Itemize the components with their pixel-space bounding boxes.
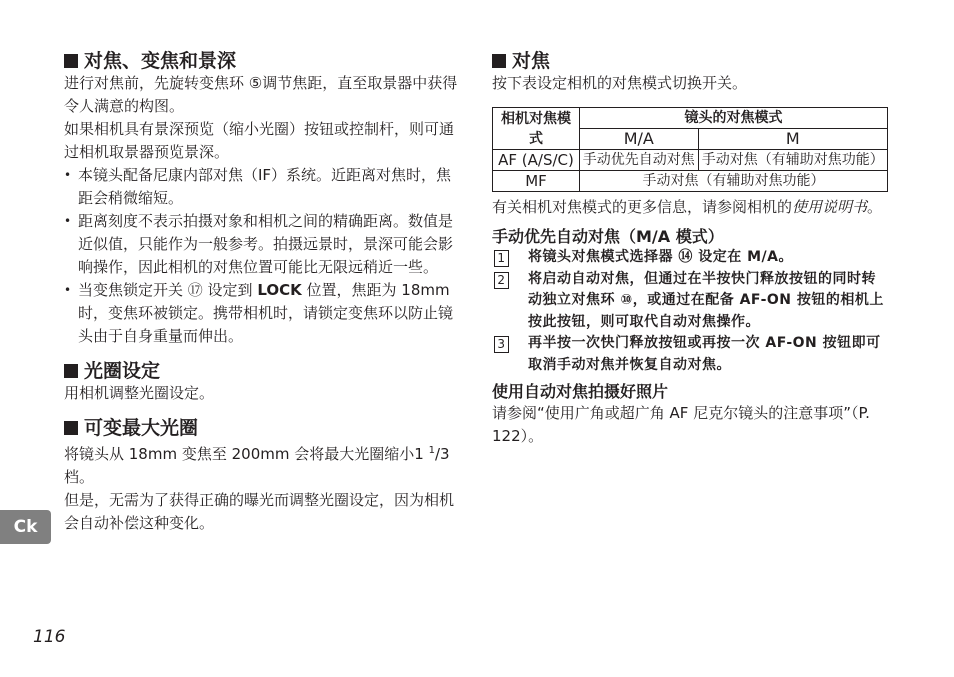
square-bullet-icon — [492, 54, 506, 68]
language-tab: Ck — [0, 510, 51, 544]
bullet-item: 本镜头配备尼康内部对焦（IF）系统。近距离对焦时，焦距会稍微缩短。 — [64, 164, 464, 210]
right-column: 对焦 按下表设定相机的对焦模式切换开关。 相机对焦模式 镜头的对焦模式 M/A … — [492, 50, 890, 448]
table-header: 镜头的对焦模式 — [580, 108, 888, 129]
paragraph: 但是，无需为了获得正确的曝光而调整光圈设定，因为相机会自动补偿这种变化。 — [64, 489, 464, 535]
step-number: 2 — [494, 272, 509, 289]
table-subheader: M — [698, 129, 887, 150]
section-title-variable-aperture: 可变最大光圈 — [64, 417, 464, 439]
table-row: MF 手动对焦（有辅助对焦功能） — [493, 171, 888, 192]
square-bullet-icon — [64, 421, 78, 435]
paragraph: 有关相机对焦模式的更多信息，请参阅相机的使用说明书。 — [492, 196, 890, 219]
paragraph: 将镜头从 18mm 变焦至 200mm 会将最大光圈缩小1 1/3档。 — [64, 439, 464, 489]
bullet-item: 当变焦锁定开关 ⑰ 设定到 LOCK 位置，焦距为 18mm 时，变焦环被锁定。… — [64, 279, 464, 348]
step-list: 1将镜头对焦模式选择器 ⑭ 设定在 M/A。 2将启动自动对焦，但通过在半按快门… — [492, 247, 890, 376]
step-item: 3再半按一次快门释放按钮或再按一次 AF-ON 按钮即可取消手动对焦并恢复自动对… — [492, 333, 890, 376]
focus-mode-table: 相机对焦模式 镜头的对焦模式 M/A M AF (A/S/C) 手动优先自动对焦… — [492, 107, 888, 192]
manual-reference: 使用说明书 — [792, 198, 867, 216]
paragraph: 请参阅“使用广角或超广角 AF 尼克尔镜头的注意事项”（P. 122）。 — [492, 402, 890, 448]
section-title-aperture: 光圈设定 — [64, 360, 464, 382]
step-number: 3 — [494, 336, 509, 353]
step-item: 2将启动自动对焦，但通过在半按快门释放按钮的同时转动独立对焦环 ⑩，或通过在配备… — [492, 269, 890, 334]
table-cell: 手动优先自动对焦 — [580, 150, 699, 171]
step-number: 1 — [494, 250, 509, 267]
section-title-focus-zoom: 对焦、变焦和景深 — [64, 50, 464, 72]
table-row: AF (A/S/C) 手动优先自动对焦 手动对焦（有辅助对焦功能） — [493, 150, 888, 171]
subsection-title-af-tips: 使用自动对焦拍摄好照片 — [492, 382, 890, 402]
table-cell: 手动对焦（有辅助对焦功能） — [698, 150, 887, 171]
bullet-item: 距离刻度不表示拍摄对象和相机之间的精确距离。数值是近似值，只能作为一般参考。拍摄… — [64, 210, 464, 279]
table-cell: 手动对焦（有辅助对焦功能） — [580, 171, 888, 192]
table-cell: AF (A/S/C) — [493, 150, 580, 171]
table-header: 相机对焦模式 — [493, 108, 580, 150]
subsection-title-ma-mode: 手动优先自动对焦（M/A 模式） — [492, 227, 890, 247]
paragraph: 进行对焦前，先旋转变焦环 ⑤调节焦距，直至取景器中获得令人满意的构图。 — [64, 72, 464, 118]
section-title-focus: 对焦 — [492, 50, 890, 72]
square-bullet-icon — [64, 54, 78, 68]
left-column: 对焦、变焦和景深 进行对焦前，先旋转变焦环 ⑤调节焦距，直至取景器中获得令人满意… — [64, 50, 464, 535]
step-item: 1将镜头对焦模式选择器 ⑭ 设定在 M/A。 — [492, 247, 890, 269]
paragraph: 如果相机具有景深预览（缩小光圈）按钮或控制杆，则可通过相机取景器预览景深。 — [64, 118, 464, 164]
table-subheader: M/A — [580, 129, 699, 150]
table-cell: MF — [493, 171, 580, 192]
paragraph: 用相机调整光圈设定。 — [64, 382, 464, 405]
paragraph: 按下表设定相机的对焦模式切换开关。 — [492, 72, 890, 95]
square-bullet-icon — [64, 364, 78, 378]
page-number: 116 — [33, 627, 65, 647]
bullet-list: 本镜头配备尼康内部对焦（IF）系统。近距离对焦时，焦距会稍微缩短。 距离刻度不表… — [64, 164, 464, 348]
lock-label: LOCK — [257, 281, 301, 299]
